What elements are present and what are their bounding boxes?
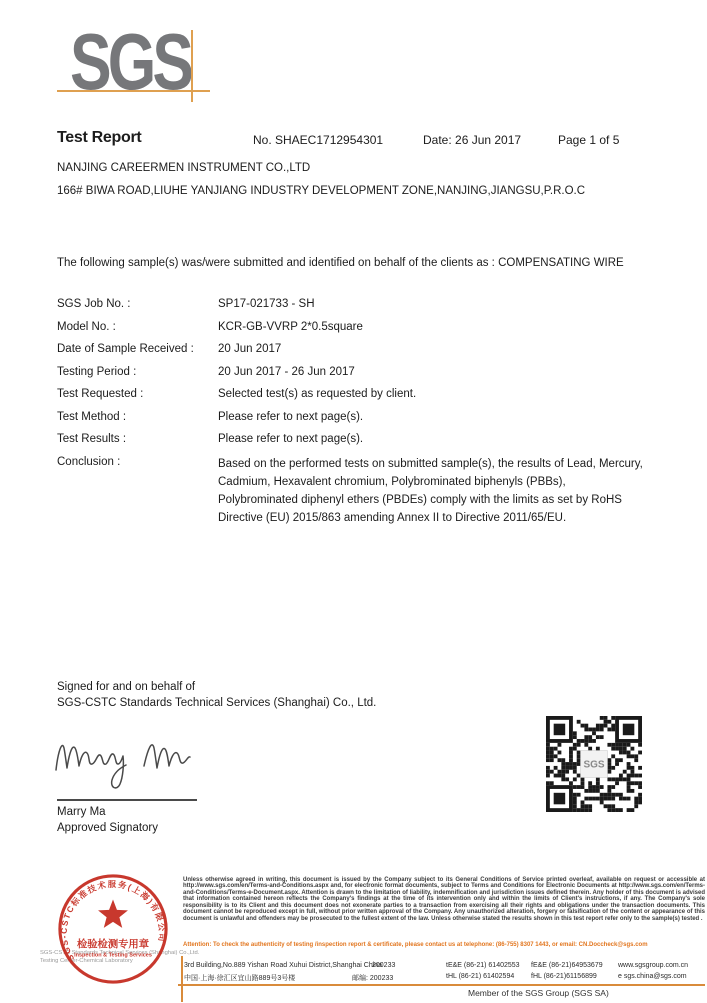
field-value: Based on the performed tests on submitte…: [218, 455, 646, 527]
signatory-name: Marry Ma: [57, 806, 106, 818]
logo-crosshair-horizontal: [57, 90, 210, 92]
sgs-member-note: Member of the SGS Group (SGS SA): [468, 988, 609, 998]
field-value: Selected test(s) as requested by client.: [218, 387, 646, 402]
footer-website: www.sgsgroup.com.cn: [618, 962, 688, 969]
sample-intro-text: The following sample(s) was/were submitt…: [57, 256, 632, 272]
footer-postcode-cn: 邮编: 200233: [352, 973, 393, 983]
field-label: SGS Job No. :: [57, 297, 218, 312]
field-label: Testing Period :: [57, 365, 218, 380]
field-value: Please refer to next page(s).: [218, 410, 646, 425]
footer-email: e sgs.china@sgs.com: [618, 973, 687, 980]
stamp-cn-line: 检验检测专用章: [77, 938, 150, 951]
signature-underline: [57, 799, 197, 801]
page-title: Test Report: [57, 129, 141, 147]
field-label: Test Results :: [57, 432, 218, 447]
footer-telephone-en: tE&E (86-21) 61402553: [446, 962, 520, 969]
stamp-en-line: Inspection & Testing Services: [74, 953, 152, 959]
field-label: Test Requested :: [57, 387, 218, 402]
field-value: 20 Jun 2017 - 26 Jun 2017: [218, 365, 646, 380]
client-address: 166# BIWA ROAD,LIUHE YANJIANG INDUSTRY D…: [57, 185, 585, 197]
footer-disclaimer: Unless otherwise agreed in writing, this…: [183, 877, 705, 922]
footer-crosshair-horizontal: [178, 984, 705, 986]
field-value: KCR-GB-VVRP 2*0.5square: [218, 320, 646, 335]
field-label: Date of Sample Received :: [57, 342, 218, 357]
company-stamp: SGS-CSTC标准技术服务(上海)有限公司 检验检测专用章 Inspectio…: [56, 872, 170, 986]
report-number: No. SHAEC1712954301: [253, 133, 383, 147]
field-row-test-requested: Test Requested : Selected test(s) as req…: [57, 387, 657, 402]
page-indicator: Page 1 of 5: [558, 133, 619, 147]
field-row-test-results: Test Results : Please refer to next page…: [57, 432, 657, 447]
client-name: NANJING CAREERMEN INSTRUMENT CO.,LTD: [57, 162, 310, 174]
footer-attention-note: Attention: To check the authenticity of …: [183, 942, 705, 949]
field-row-test-method: Test Method : Please refer to next page(…: [57, 410, 657, 425]
handwritten-signature: [52, 720, 212, 798]
field-value: 20 Jun 2017: [218, 342, 646, 357]
field-label: Test Method :: [57, 410, 218, 425]
svg-text:SGS: SGS: [583, 760, 604, 771]
footer-crosshair-vertical: [181, 956, 183, 1002]
logo-crosshair-vertical: [191, 30, 193, 102]
field-value: SP17-021733 - SH: [218, 297, 646, 312]
field-row-conclusion: Conclusion : Based on the performed test…: [57, 455, 657, 527]
signatory-role: Approved Signatory: [57, 822, 158, 834]
field-row-testing-period: Testing Period : 20 Jun 2017 - 26 Jun 20…: [57, 365, 657, 380]
footer-fax-cn: fHL (86-21)61156899: [531, 973, 597, 980]
field-row-date-received: Date of Sample Received : 20 Jun 2017: [57, 342, 657, 357]
field-label: Conclusion :: [57, 455, 218, 470]
report-date: Date: 26 Jun 2017: [423, 133, 521, 147]
signature-intro-line1: Signed for and on behalf of: [57, 681, 195, 693]
footer-postcode-en: 200233: [372, 962, 395, 969]
field-row-job-no: SGS Job No. : SP17-021733 - SH: [57, 297, 657, 312]
qr-code: SGS: [546, 716, 642, 812]
signature-intro-line2: SGS-CSTC Standards Technical Services (S…: [57, 697, 376, 709]
field-row-model-no: Model No. : KCR-GB-VVRP 2*0.5square: [57, 320, 657, 335]
report-fields: SGS Job No. : SP17-021733 - SH Model No.…: [57, 297, 657, 535]
field-label: Model No. :: [57, 320, 218, 335]
footer-fax-en: fE&E (86-21)64953679: [531, 962, 603, 969]
footer-address-en: 3rd Building,No.889 Yishan Road Xuhui Di…: [184, 962, 382, 969]
test-report-page: SGS Test Report No. SHAEC1712954301 Date…: [0, 0, 707, 1003]
star-icon: [98, 900, 128, 928]
footer-telephone-cn: tHL (86-21) 61402594: [446, 973, 514, 980]
footer-address-cn: 中国·上海·徐汇区宜山路889号3号楼: [184, 973, 295, 983]
field-value: Please refer to next page(s).: [218, 432, 646, 447]
